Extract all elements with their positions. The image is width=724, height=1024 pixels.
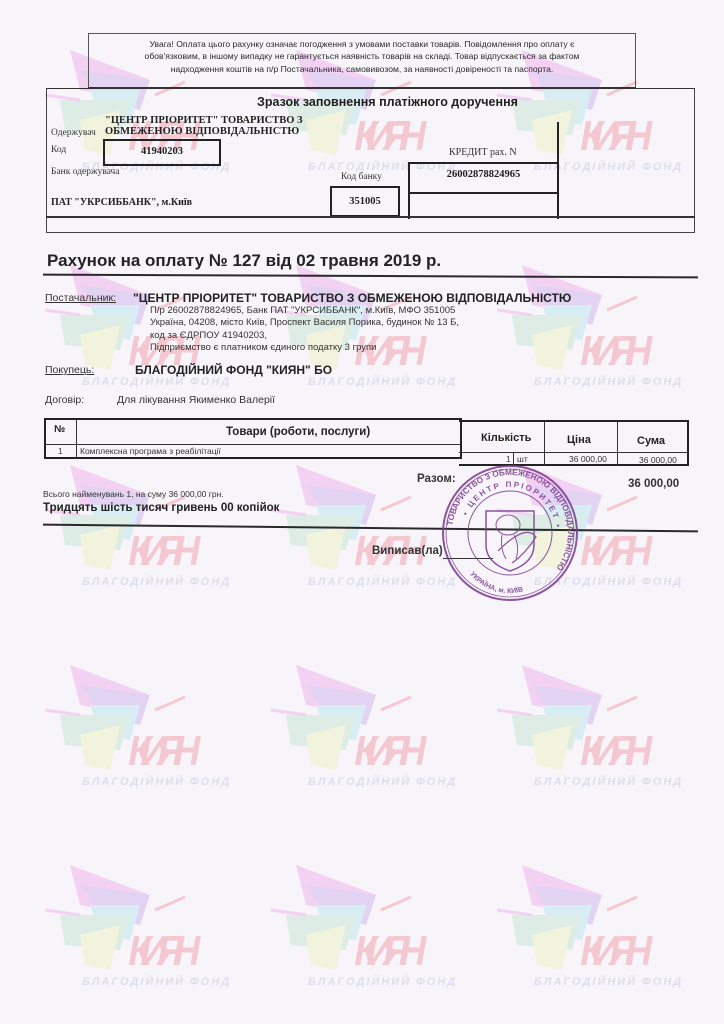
credit-box-mid bbox=[408, 192, 559, 194]
credit-label: КРЕДИТ рах. N bbox=[449, 147, 517, 158]
credit-box-top bbox=[408, 162, 559, 164]
stamp-seal-icon: ТОВАРИСТВО З ОБМЕЖЕНОЮ ВІДПОВІДАЛЬНІСТЮ … bbox=[440, 463, 580, 603]
supplier-name: "ЦЕНТР ПРІОРИТЕТ" ТОВАРИСТВО З ОБМЕЖЕНОЮ… bbox=[133, 291, 571, 305]
total-value: 36 000,00 bbox=[628, 478, 679, 490]
items-table-right: Кількість Ціна Сума 1 шт 36 000,00 36 00… bbox=[459, 420, 689, 466]
header-qty: Кількість bbox=[481, 432, 531, 444]
title-rule bbox=[43, 274, 698, 279]
summary-rule bbox=[43, 524, 698, 533]
payment-sample-title: Зразок заповнення платіжного доручення bbox=[257, 95, 518, 109]
contract-value: Для лікування Якименко Валерії bbox=[117, 394, 275, 406]
bank-code-label: Код банку bbox=[341, 172, 382, 182]
header-price: Ціна bbox=[567, 434, 591, 446]
notice-line: надходження коштів на п/р Постачальника,… bbox=[99, 63, 625, 75]
buyer-name: БЛАГОДІЙНИЙ ФОНД "КИЯН" БО bbox=[135, 363, 332, 377]
code-value: 41940203 bbox=[105, 146, 219, 157]
recipient-name-line1: "ЦЕНТР ПРІОРИТЕТ" ТОВАРИСТВО З bbox=[105, 115, 303, 126]
invoice-page: КИЯНБЛАГОДІЙНИЙ ФОНДКИЯНБЛАГОДІЙНИЙ ФОНД… bbox=[0, 0, 724, 1024]
recipient-name-line2: ОБМЕЖЕНОЮ ВІДПОВІДАЛЬНІСТЮ bbox=[105, 126, 299, 137]
row-sum: 36 000,00 bbox=[639, 455, 677, 465]
signed-by-label: Виписав(ла) bbox=[372, 545, 443, 557]
company-stamp: ТОВАРИСТВО З ОБМЕЖЕНОЮ ВІДПОВІДАЛЬНІСТЮ … bbox=[440, 463, 580, 603]
row-divider bbox=[46, 444, 460, 445]
row-goods: Комплексна програма з реабілітації bbox=[80, 446, 221, 456]
notice-line: Увага! Оплата цього рахунку означає пого… bbox=[99, 38, 625, 50]
payment-order-sample: Зразок заповнення платіжного доручення "… bbox=[46, 88, 695, 233]
row-num: 1 bbox=[58, 446, 63, 456]
contract-label: Договір: bbox=[45, 394, 84, 406]
row-divider bbox=[459, 452, 687, 453]
payment-notice: Увага! Оплата цього рахунку означає пого… bbox=[88, 33, 636, 88]
bank-label: Банк одержувача bbox=[51, 167, 120, 177]
invoice-title: Рахунок на оплату № 127 від 02 травня 20… bbox=[47, 251, 441, 271]
items-summary: Всього найменувань 1, на суму 36 000,00 … bbox=[43, 489, 224, 499]
code-box: 41940203 bbox=[103, 139, 221, 166]
supplier-detail-line: П/р 26002878824965, Банк ПАТ "УКРСИББАНК… bbox=[150, 305, 459, 317]
header-sum: Сума bbox=[637, 435, 665, 447]
supplier-detail-line: Україна, 04208, місто Київ, Проспект Вас… bbox=[150, 317, 459, 329]
recipient-label: Одержувач bbox=[51, 128, 96, 138]
amount-in-words: Тридцять шість тисяч гривень 00 копійок bbox=[43, 502, 279, 514]
code-label: Код bbox=[51, 145, 66, 155]
buyer-label: Покупець: bbox=[45, 364, 94, 376]
col-divider bbox=[617, 422, 618, 466]
notice-line: обов'язковим, в іншому випадку не гарант… bbox=[99, 50, 625, 62]
col-divider bbox=[76, 420, 77, 457]
header-num: № bbox=[54, 424, 65, 435]
credit-value: 26002878824965 bbox=[408, 169, 559, 180]
bank-code-value: 351005 bbox=[332, 196, 398, 207]
items-table-left: № Товари (роботи, послуги) 1 Комплексна … bbox=[44, 418, 462, 459]
header-goods: Товари (роботи, послуги) bbox=[226, 426, 370, 438]
supplier-detail-line: код за ЄДРПОУ 41940203, bbox=[150, 330, 459, 342]
bank-code-box: 351005 bbox=[330, 186, 400, 217]
supplier-detail-line: Підприємство є платником єдиного податку… bbox=[150, 342, 459, 354]
supplier-details: П/р 26002878824965, Банк ПАТ "УКРСИББАНК… bbox=[150, 305, 459, 355]
payment-sample-bottom-rule bbox=[46, 216, 695, 218]
supplier-label: Постачальник: bbox=[45, 292, 116, 304]
col-divider bbox=[544, 422, 545, 466]
bank-name: ПАТ "УКРСИББАНК", м.Київ bbox=[51, 197, 192, 208]
